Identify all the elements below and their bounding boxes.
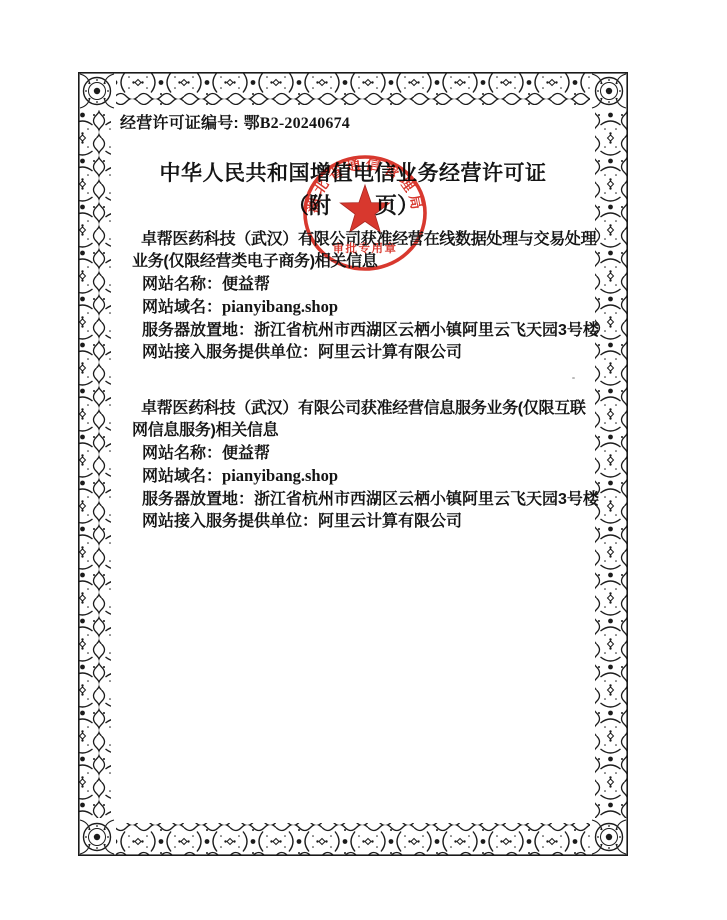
scanned-certificate-page: 经营许可证编号: 鄂B2-20240674 中华人民共和国增值电信业务经营许可证… — [0, 0, 727, 920]
field-label: 网站接入服务提供单位： — [142, 344, 318, 361]
approval-intro: 卓帮医药科技（武汉）有限公司获准经营信息服务业务(仅限互联网信息服务)相关信息 — [111, 398, 601, 443]
field-value: 阿里云计算有限公司 — [318, 513, 462, 530]
field-value: 便益帮 — [222, 445, 270, 462]
scan-artifact-dot — [572, 377, 575, 379]
field-label: 网站名称： — [142, 445, 222, 462]
field-value: pianyibang.shop — [222, 466, 338, 485]
field-value: pianyibang.shop — [222, 297, 338, 316]
field-website-domain: 网站域名：pianyibang.shop — [111, 465, 601, 488]
border-band-bottom — [78, 823, 628, 856]
seal-star-icon — [340, 185, 389, 232]
field-access-provider: 网站接入服务提供单位：阿里云计算有限公司 — [111, 511, 601, 533]
border-corner-ornament — [590, 72, 628, 110]
approval-section-online-data-processing: 卓帮医药科技（武汉）有限公司获准经营在线数据处理与交易处理业务(仅限经营类电子商… — [111, 229, 601, 364]
field-server-location: 服务器放置地：浙江省杭州市西湖区云栖小镇阿里云飞天园3号楼 — [111, 489, 601, 511]
field-website-domain: 网站域名：pianyibang.shop — [111, 296, 601, 319]
field-value: 阿里云计算有限公司 — [318, 344, 462, 361]
license-number-label: 经营许可证编号: — [120, 115, 239, 132]
border-corner-ornament — [590, 818, 628, 856]
field-label: 网站域名： — [142, 299, 222, 316]
field-value: 浙江省杭州市西湖区云栖小镇阿里云飞天园3号楼 — [254, 491, 599, 508]
field-access-provider: 网站接入服务提供单位：阿里云计算有限公司 — [111, 342, 601, 364]
field-value: 浙江省杭州市西湖区云栖小镇阿里云飞天园3号楼 — [254, 322, 599, 339]
field-website-name: 网站名称：便益帮 — [111, 443, 601, 465]
field-label: 网站域名： — [142, 468, 222, 485]
border-band-left — [78, 72, 111, 856]
border-corner-ornament — [78, 72, 116, 110]
field-label: 服务器放置地： — [142, 491, 254, 508]
license-number-line: 经营许可证编号: 鄂B2-20240674 — [120, 110, 350, 133]
field-label: 网站名称： — [142, 276, 222, 293]
field-website-name: 网站名称：便益帮 — [111, 274, 601, 296]
border-corner-ornament — [78, 818, 116, 856]
field-server-location: 服务器放置地：浙江省杭州市西湖区云栖小镇阿里云飞天园3号楼 — [111, 320, 601, 342]
license-number-value: 鄂B2-20240674 — [244, 115, 350, 132]
field-label: 服务器放置地： — [142, 322, 254, 339]
field-value: 便益帮 — [222, 276, 270, 293]
field-label: 网站接入服务提供单位： — [142, 513, 318, 530]
approval-section-information-service: 卓帮医药科技（武汉）有限公司获准经营信息服务业务(仅限互联网信息服务)相关信息 … — [111, 398, 601, 533]
approval-intro: 卓帮医药科技（武汉）有限公司获准经营在线数据处理与交易处理业务(仅限经营类电子商… — [111, 229, 601, 274]
border-band-top — [78, 72, 628, 105]
